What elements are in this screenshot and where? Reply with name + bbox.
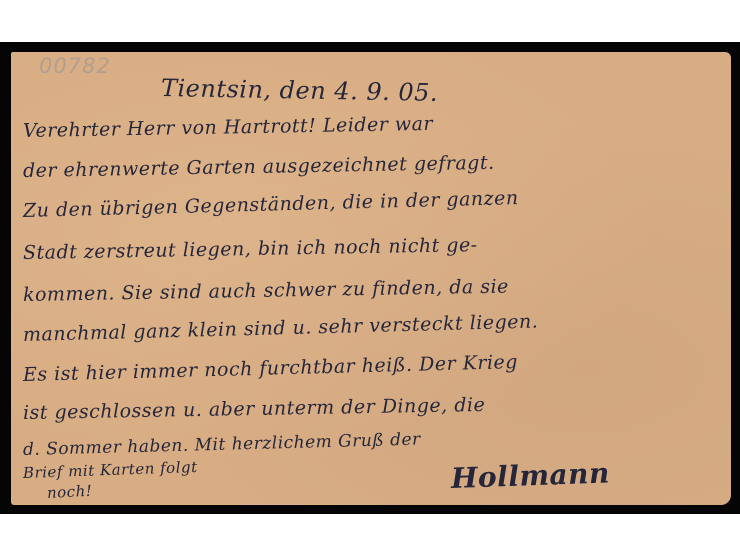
catalog-number: 00782	[39, 54, 111, 78]
body-line: der ehrenwerte Garten ausgezeichnet gefr…	[23, 152, 495, 182]
body-line: Stadt zerstreut liegen, bin ich noch nic…	[23, 234, 478, 264]
body-line: kommen. Sie sind auch schwer zu finden, …	[23, 276, 509, 306]
body-line: manchmal ganz klein sind u. sehr verstec…	[23, 311, 539, 346]
signature: Hollmann	[450, 456, 610, 495]
body-line: d. Sommer haben. Mit herzlichem Gruß der	[23, 430, 421, 460]
postcard: 00782 Tientsin, den 4. 9. 05. Verehrter …	[11, 52, 731, 505]
margin-note-line: Brief mit Karten folgt	[23, 458, 198, 482]
margin-note-line: noch!	[47, 482, 93, 502]
body-line: Zu den übrigen Gegenständen, die in der …	[23, 187, 519, 222]
body-line: Verehrter Herr von Hartrott! Leider war	[23, 113, 433, 142]
body-line: Es ist hier immer noch furchtbar heiß. D…	[23, 351, 518, 386]
body-line: ist geschlossen u. aber unterm der Dinge…	[23, 394, 486, 424]
place-date-line: Tientsin, den 4. 9. 05.	[161, 74, 439, 107]
